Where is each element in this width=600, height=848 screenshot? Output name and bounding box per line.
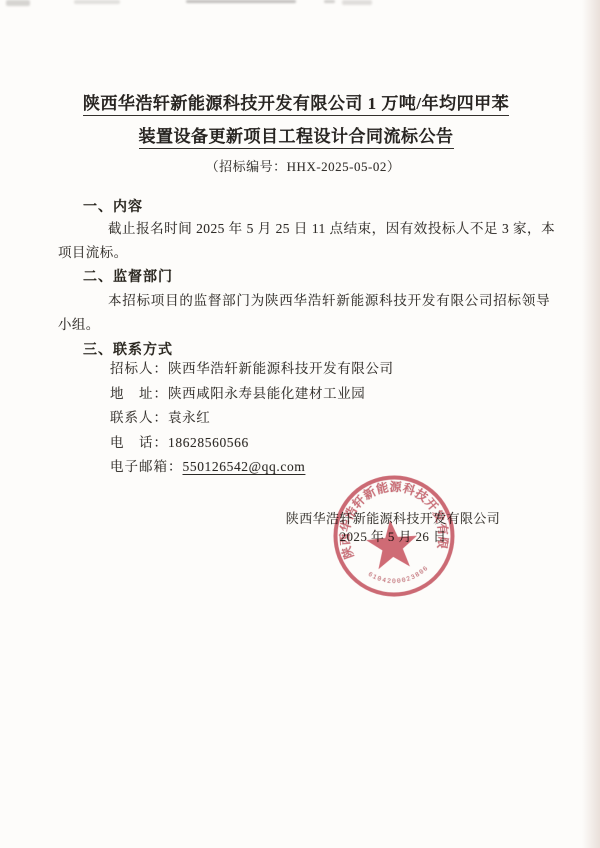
contact-value: 袁永红 [168, 410, 210, 425]
signature-date: 2025 年 5 月 26 日 [243, 528, 543, 546]
section-body-supervision: 本招标项目的监督部门为陕西华浩轩新能源科技开发有限公司招标领导小组。 [58, 289, 550, 337]
contact-value: 陕西华浩轩新能源科技开发有限公司 [168, 361, 394, 376]
scan-line-artifact [186, 0, 296, 3]
document-title-line1: 陕西华浩轩新能源科技开发有限公司 1 万吨/年均四甲苯 [0, 89, 592, 114]
contact-row-phone: 电 话：18628560566 [110, 436, 394, 450]
signature-block: 陕西华浩轩新能源科技开发有限公司 2025 年 5 月 26 日 [243, 510, 543, 545]
contact-row-bidder: 招标人：陕西华浩轩新能源科技开发有限公司 [110, 362, 394, 376]
scan-smudge [324, 0, 335, 3]
scan-smudge [74, 0, 120, 4]
contact-value: 陕西咸阳永寿县能化建材工业园 [168, 386, 365, 401]
scan-smudge [6, 0, 30, 6]
contact-value: 18628560566 [168, 435, 249, 450]
contact-row-email: 电子邮箱：550126542@qq.com [110, 460, 394, 474]
signature-company: 陕西华浩轩新能源科技开发有限公司 [243, 510, 543, 528]
contact-label: 电 话： [110, 435, 168, 450]
section-heading-supervision: 二、监督部门 [83, 266, 173, 286]
scanned-document-page: 陕西华浩轩新能源科技开发有限公司 1 万吨/年均四甲苯 装置设备更新项目工程设计… [0, 0, 600, 848]
contact-row-address: 地 址：陕西咸阳永寿县能化建材工业园 [110, 387, 394, 401]
title-text-underlined: 装置设备更新项目工程设计合同流标公告 [139, 127, 454, 149]
contact-list: 招标人：陕西华浩轩新能源科技开发有限公司 地 址：陕西咸阳永寿县能化建材工业园 … [110, 362, 394, 485]
section-heading-contact: 三、联系方式 [83, 339, 173, 359]
contact-label: 电子邮箱： [110, 459, 183, 474]
contact-label: 地 址： [110, 386, 168, 401]
contact-label: 联系人： [110, 410, 168, 425]
section-heading-content: 一、内容 [83, 196, 143, 216]
document-title-line2: 装置设备更新项目工程设计合同流标公告 [0, 122, 592, 147]
section-body-content: 截止报名时间 2025 年 5 月 25 日 11 点结束，因有效投标人不足 3… [58, 217, 555, 265]
contact-row-person: 联系人：袁永红 [110, 411, 394, 425]
tender-number-line: （招标编号：HHX-2025-05-02） [0, 156, 600, 175]
email-link[interactable]: 550126542@qq.com [183, 459, 306, 474]
seal-number: 6104200023806 [366, 564, 431, 588]
scan-smudge [342, 0, 372, 5]
title-text-underlined: 陕西华浩轩新能源科技开发有限公司 1 万吨/年均四甲苯 [83, 94, 509, 116]
contact-label: 招标人： [110, 361, 168, 376]
